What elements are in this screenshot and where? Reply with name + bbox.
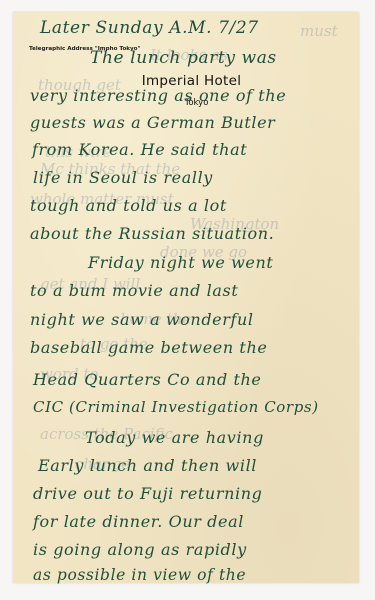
letter-line: guests was a German Butler <box>30 113 275 132</box>
letter-line: Today we are having <box>85 428 264 447</box>
letter-line: night we saw a wonderful <box>30 310 254 329</box>
letter-line: is going along as rapidly <box>33 540 247 559</box>
letter-line: Friday night we went <box>88 253 273 272</box>
letter-line: Early lunch and then will <box>38 456 257 475</box>
letter-line: CIC (Criminal Investigation Corps) <box>33 398 319 416</box>
letter-line: to a bum movie and last <box>30 281 238 300</box>
letter-line: about the Russian situation. <box>30 224 274 243</box>
letter-date-line: Later Sunday A.M. 7/27 <box>40 18 259 38</box>
letter-line: life in Seoul is really <box>33 168 213 187</box>
letter-line: as possible in view of the <box>33 566 246 584</box>
letter-line: from Korea. He said that <box>32 140 247 159</box>
letter-line: tough and told us a lot <box>30 196 227 215</box>
letter-line: for late dinner. Our deal <box>33 512 244 531</box>
letter-line: Head Quarters Co and the <box>33 370 261 389</box>
letter-line: drive out to Fuji returning <box>33 484 262 503</box>
letter-line: The lunch party was <box>90 48 277 68</box>
letter-line: very interesting as one of the <box>30 86 286 105</box>
bleed-through-text: must <box>300 22 338 40</box>
letter-line: baseball game between the <box>30 338 267 357</box>
